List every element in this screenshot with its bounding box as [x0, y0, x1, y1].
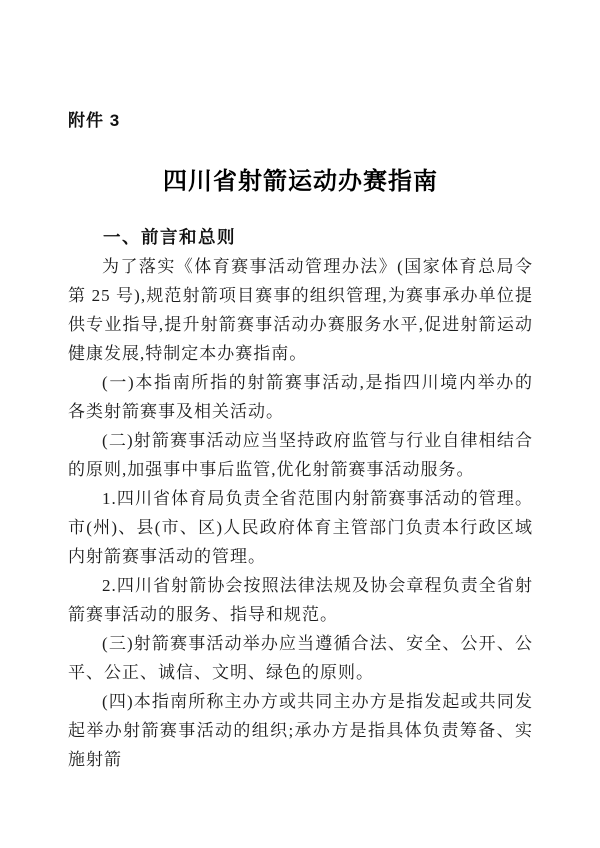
paragraph: 为了落实《体育赛事活动管理办法》(国家体育总局令第 25 号),规范射箭项目赛事…	[68, 252, 533, 368]
attachment-label: 附件 3	[68, 110, 533, 132]
paragraph: (四)本指南所称主办方或共同主办方是指发起或共同发起举办射箭赛事活动的组织;承办…	[68, 687, 533, 774]
document-body: 为了落实《体育赛事活动管理办法》(国家体育总局令第 25 号),规范射箭项目赛事…	[68, 252, 533, 774]
paragraph: (一)本指南所指的射箭赛事活动,是指四川境内举办的各类射箭赛事及相关活动。	[68, 368, 533, 426]
paragraph: (二)射箭赛事活动应当坚持政府监管与行业自律相结合的原则,加强事中事后监管,优化…	[68, 426, 533, 484]
paragraph: 2.四川省射箭协会按照法律法规及协会章程负责全省射箭赛事活动的服务、指导和规范。	[68, 571, 533, 629]
section-heading: 一、前言和总则	[68, 224, 533, 250]
paragraph: 1.四川省体育局负责全省范围内射箭赛事活动的管理。市(州)、县(市、区)人民政府…	[68, 484, 533, 571]
page-title: 四川省射箭运动办赛指南	[68, 166, 533, 198]
paragraph: (三)射箭赛事活动举办应当遵循合法、安全、公开、公平、公正、诚信、文明、绿色的原…	[68, 629, 533, 687]
document-page: 附件 3 四川省射箭运动办赛指南 一、前言和总则 为了落实《体育赛事活动管理办法…	[0, 0, 600, 848]
